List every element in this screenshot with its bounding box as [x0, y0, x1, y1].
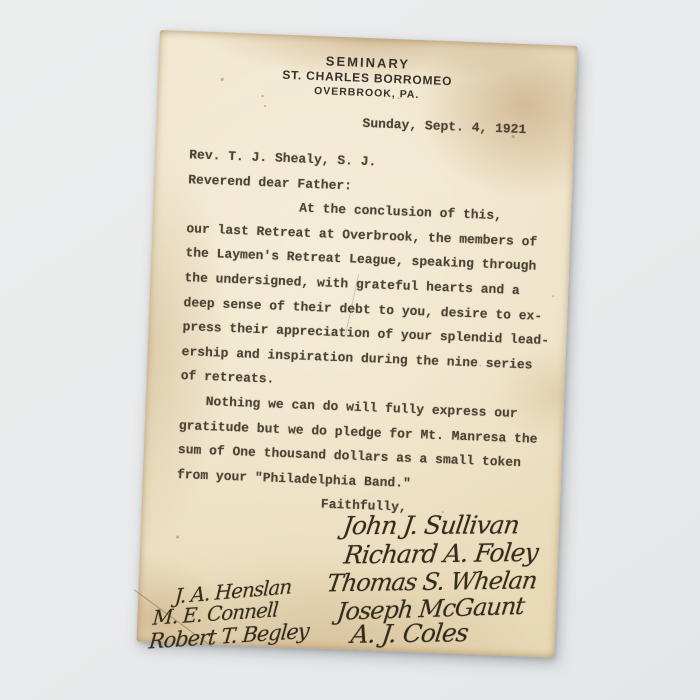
- signature: Richard A. Foley: [342, 538, 539, 570]
- signature: John J. Sullivan: [341, 510, 520, 540]
- letterhead: SEMINARY ST. CHARLES BORROMEO OVERBROOK,…: [158, 47, 577, 108]
- ink-specks: [160, 30, 162, 32]
- signature: A. J. Coles: [349, 618, 469, 649]
- date-line: Sunday, Sept. 4, 1921: [362, 116, 526, 137]
- photo-background: SEMINARY ST. CHARLES BORROMEO OVERBROOK,…: [0, 0, 700, 700]
- letter-body: Rev. T. J. Shealy, S. J. Reverend dear F…: [176, 143, 562, 526]
- letter-page: SEMINARY ST. CHARLES BORROMEO OVERBROOK,…: [137, 30, 578, 658]
